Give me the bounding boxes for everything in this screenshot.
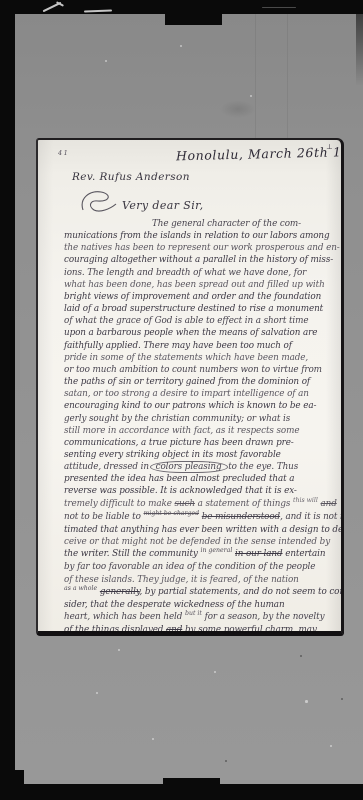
letter-segment-sup: but it xyxy=(185,608,202,620)
letter-segment: what has been done, has been spread out … xyxy=(64,280,325,290)
letter-line: by far too favorable an idea of the cond… xyxy=(64,561,344,573)
pencil-mark: 41 xyxy=(58,149,69,157)
dust-speck xyxy=(330,745,332,747)
letter-segment: ions. The length and breadth of what we … xyxy=(64,268,306,278)
dust-speck xyxy=(118,649,120,651)
letter-segment: to the eye. Thus xyxy=(226,462,299,472)
letter-line: timated that anything has ever been writ… xyxy=(64,524,344,536)
letter-line: of the things displayed and by some powe… xyxy=(64,624,344,636)
film-edge-right xyxy=(356,14,363,86)
letter-line: gerly sought by the christian community;… xyxy=(64,413,344,425)
letter-line: sider, that the desperate wickedness of … xyxy=(64,599,344,611)
letter-segment: The general character of the com- xyxy=(152,219,301,229)
letter-segment: by far too favorable an idea of the cond… xyxy=(64,562,315,572)
fold-line xyxy=(255,14,256,138)
letter-segment: of the things displayed xyxy=(64,625,166,635)
letter-line: or too much ambition to count numbers wo… xyxy=(64,364,344,376)
letter-segment: the paths of sin or territory gained fro… xyxy=(64,377,310,387)
letter-line: of what the grace of God is able to effe… xyxy=(64,315,344,327)
letter-line: upon a barbarous people when the means o… xyxy=(64,327,344,339)
letter-segment: communications, a true picture has been … xyxy=(64,438,294,448)
letter-segment: gerly sought by the christian community;… xyxy=(64,414,290,424)
letter-line: The general character of the com- xyxy=(64,218,344,230)
letter-segment: presented the idea has been almost precl… xyxy=(64,474,294,484)
letter-line: senting every striking object in its mos… xyxy=(64,449,344,461)
letter-line: of these islands. They judge, it is fear… xyxy=(64,574,344,586)
letter-line: the paths of sin or territory gained fro… xyxy=(64,376,344,388)
letter-segment-sup: as a whole xyxy=(64,583,97,595)
dust-speck xyxy=(96,692,98,694)
letter-line: as a whole generally, by partial stateme… xyxy=(64,586,344,599)
letter-line: couraging altogether without a parallel … xyxy=(64,254,344,266)
letter-line: tremely difficult to make such a stateme… xyxy=(64,498,344,511)
film-edge-bottom xyxy=(0,784,363,800)
dust-speck xyxy=(300,655,302,657)
dust-speck xyxy=(305,700,308,703)
letter-segment: , and it is not in- xyxy=(280,512,344,522)
letter-line: satan, or too strong a desire to impart … xyxy=(64,388,344,400)
recipient-line: Rev. Rufus Anderson xyxy=(72,171,190,183)
letter-segment-sup: this will xyxy=(293,495,318,507)
letter-line: faithfully applied. There may have been … xyxy=(64,340,344,352)
letter-segment: encouraging kind to our patrons which is… xyxy=(64,401,316,411)
film-scratch xyxy=(56,1,64,7)
dust-speck xyxy=(214,671,216,673)
letter-line: what has been done, has been spread out … xyxy=(64,279,344,291)
letter-segment: or too much ambition to count numbers wo… xyxy=(64,365,322,375)
letter-line: pride in some of the statements which ha… xyxy=(64,352,344,364)
letter-line: encouraging kind to our patrons which is… xyxy=(64,400,344,412)
letter-line: presented the idea has been almost precl… xyxy=(64,473,344,485)
letter-segment: pride in some of the statements which ha… xyxy=(64,353,308,363)
dust-speck xyxy=(225,760,227,762)
salutation-flourish-icon xyxy=(80,188,118,212)
letter-line: the writer. Still the community in gener… xyxy=(64,548,344,561)
letter-line: the natives has been to represent our wo… xyxy=(64,242,344,254)
letter-line: attitude, dressed in colors pleasing to … xyxy=(64,461,344,473)
microfilm-frame: 41 ⊥ Honolulu, March 26th 1833 Rev. Rufu… xyxy=(0,0,363,800)
letter-segment: sider, that the desperate wickedness of … xyxy=(64,600,285,610)
salutation: Very dear Sir, xyxy=(122,199,203,212)
letter-segment: a statement of things xyxy=(195,499,293,509)
letter-line: bright views of improvement and order an… xyxy=(64,291,344,303)
letter-segment-strike: in our land xyxy=(235,549,283,559)
smudge xyxy=(220,100,256,118)
letter-page: 41 ⊥ Honolulu, March 26th 1833 Rev. Rufu… xyxy=(36,138,344,636)
letter-segment: ceive or that might not be defended in t… xyxy=(64,537,330,547)
letter-segment: attitude, dressed in xyxy=(64,462,152,472)
dust-speck xyxy=(250,95,252,97)
letter-segment: heart, which has been held xyxy=(64,612,185,622)
letter-line: still more in accordance with fact, as i… xyxy=(64,425,344,437)
letter-segment-circle: colors pleasing xyxy=(150,461,228,473)
film-notch-top xyxy=(165,14,222,25)
letter-segment: senting every striking object in its mos… xyxy=(64,450,281,460)
letter-segment: bright views of improvement and order an… xyxy=(64,292,321,302)
letter-segment: of these islands. They judge, it is fear… xyxy=(64,575,299,585)
letter-line: laid of a broad superstructure destined … xyxy=(64,303,344,315)
letter-segment: reverse was possible. It is acknowledged… xyxy=(64,486,297,496)
letter-segment: , by partial statements, and do not seem… xyxy=(140,587,344,597)
letter-segment: of what the grace of God is able to effe… xyxy=(64,316,308,326)
letter-segment: the natives has been to represent our wo… xyxy=(64,243,340,253)
letter-segment: for a season, by the novelty xyxy=(202,612,325,622)
letter-segment-strike: generally xyxy=(100,587,140,597)
dust-speck xyxy=(341,698,343,700)
dust-speck xyxy=(180,45,182,47)
letter-segment: by some powerful charm, may xyxy=(182,625,316,635)
letter-segment: couraging altogether without a parallel … xyxy=(64,255,333,265)
film-scratch xyxy=(84,10,112,13)
letter-segment: laid of a broad superstructure destined … xyxy=(64,304,323,314)
letter-segment: still more in accordance with fact, as i… xyxy=(64,426,299,436)
salutation-row: Very dear Sir, xyxy=(80,188,203,212)
letter-segment: timated that anything has ever been writ… xyxy=(64,525,344,535)
letter-line: not to be liable to might be charged be … xyxy=(64,511,344,524)
dust-speck xyxy=(105,60,107,62)
letter-segment: upon a barbarous people when the means o… xyxy=(64,328,317,338)
dust-speck xyxy=(152,738,154,740)
letter-segment: faithfully applied. There may have been … xyxy=(64,341,292,351)
place-date-line: Honolulu, March 26th 1833 xyxy=(176,144,344,164)
letter-segment: entertain xyxy=(283,549,326,559)
letter-line: heart, which has been held but it for a … xyxy=(64,611,344,624)
letter-segment-strike: be misunderstood xyxy=(202,512,280,522)
film-notch-bottom xyxy=(163,778,220,784)
letter-body: The general character of the com-municat… xyxy=(64,218,344,636)
letter-segment: the writer. Still the community xyxy=(64,549,200,559)
letter-segment: satan, or too strong a desire to impart … xyxy=(64,389,309,399)
letter-segment-strike: and xyxy=(166,625,182,635)
letter-segment-supstrike: might be charged xyxy=(144,508,200,520)
letter-segment-strike: and xyxy=(321,499,337,509)
letter-segment: munications from the islands in relation… xyxy=(64,231,330,241)
letter-line: communications, a true picture has been … xyxy=(64,437,344,449)
letter-segment: not to be liable to xyxy=(64,512,144,522)
fold-line xyxy=(287,14,288,138)
letter-line: munications from the islands in relation… xyxy=(64,230,344,242)
letter-segment-sup: in general xyxy=(200,545,232,557)
film-edge-top xyxy=(0,0,363,14)
film-scratch xyxy=(262,7,296,8)
letter-line: ions. The length and breadth of what we … xyxy=(64,267,344,279)
film-corner-step xyxy=(0,770,24,800)
